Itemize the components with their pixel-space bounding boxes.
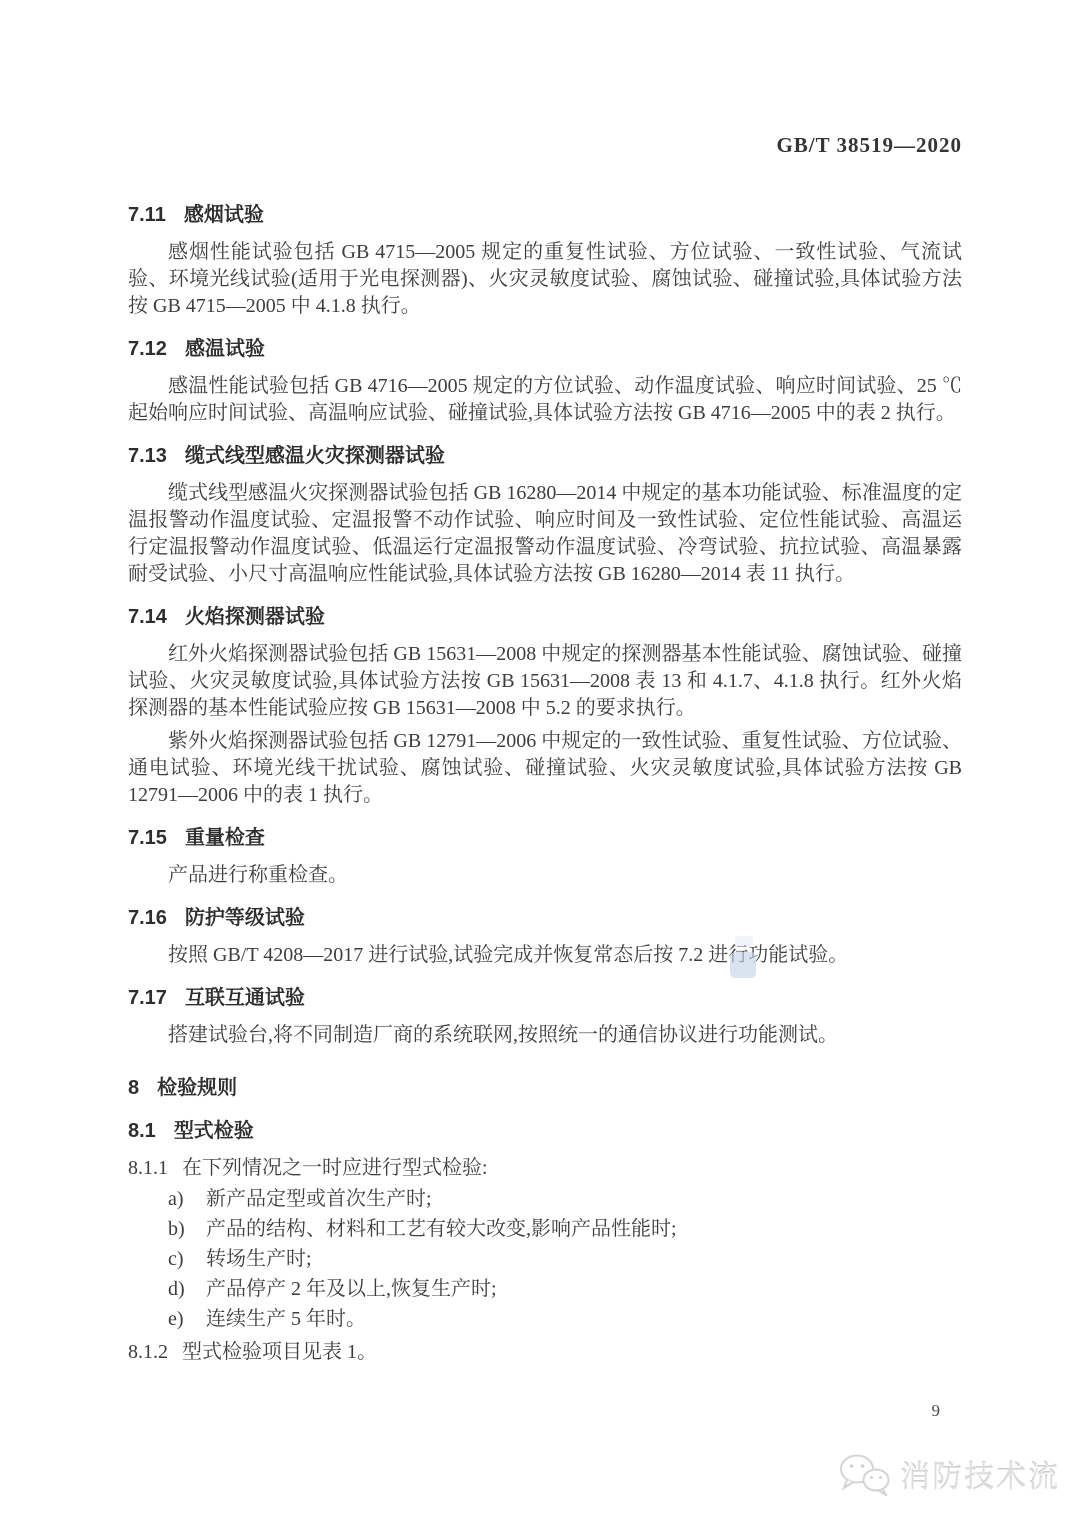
clause-number: 8.1.1 — [128, 1157, 168, 1179]
clause-heading: 7.15重量检查 — [128, 825, 962, 852]
body-paragraph: 按照 GB/T 4208—2017 进行试验,试验完成并恢复常态后按 7.2 进… — [128, 942, 962, 969]
section-number: 7.12 — [128, 338, 167, 360]
section-title: 防护等级试验 — [185, 907, 305, 929]
numbered-paragraph: 8.1.1在下列情况之一时应进行型式检验: — [128, 1155, 962, 1182]
clause-text: 型式检验项目见表 1。 — [182, 1341, 377, 1363]
list-item-text: 连续生产 5 年时。 — [206, 1308, 366, 1330]
list-item: e)连续生产 5 年时。 — [128, 1306, 962, 1333]
numbered-paragraph: 8.1.2型式检验项目见表 1。 — [128, 1339, 962, 1366]
clause-heading: 7.11感烟试验 — [128, 202, 962, 229]
section-title: 火焰探测器试验 — [185, 606, 325, 628]
document-content: 7.11感烟试验感烟性能试验包括 GB 4715—2005 规定的重复性试验、方… — [128, 186, 962, 1370]
clause-heading: 7.12感温试验 — [128, 336, 962, 363]
clause-heading: 7.14火焰探测器试验 — [128, 604, 962, 631]
body-paragraph: 感温性能试验包括 GB 4716—2005 规定的方位试验、动作温度试验、响应时… — [128, 373, 962, 427]
section-number: 8 — [128, 1077, 139, 1099]
clause-heading: 7.13缆式线型感温火灾探测器试验 — [128, 443, 962, 470]
list-item-label: a) — [168, 1186, 206, 1213]
wechat-icon — [838, 1452, 892, 1496]
list-item-label: c) — [168, 1246, 206, 1273]
section-title: 型式检验 — [174, 1120, 254, 1142]
section-number: 7.13 — [128, 445, 167, 467]
list-item-label: b) — [168, 1216, 206, 1243]
list-item-text: 转场生产时; — [206, 1248, 312, 1270]
body-paragraph: 红外火焰探测器试验包括 GB 15631—2008 中规定的探测器基本性能试验、… — [128, 641, 962, 722]
section-number: 7.11 — [128, 204, 166, 226]
clause-heading: 7.17互联互通试验 — [128, 985, 962, 1012]
list-item-label: e) — [168, 1306, 206, 1333]
list-item-text: 产品停产 2 年及以上,恢复生产时; — [206, 1278, 497, 1300]
brand-watermark-label: 消防技术流 — [900, 1452, 1060, 1496]
section-title: 感烟试验 — [184, 204, 264, 226]
section-title: 缆式线型感温火灾探测器试验 — [185, 445, 445, 467]
body-paragraph: 搭建试验台,将不同制造厂商的系统联网,按照统一的通信协议进行功能测试。 — [128, 1022, 962, 1049]
body-paragraph: 感烟性能试验包括 GB 4715—2005 规定的重复性试验、方位试验、一致性试… — [128, 239, 962, 320]
scan-blue-smudge — [730, 952, 756, 978]
clause-heading: 7.16防护等级试验 — [128, 905, 962, 932]
list-item-text: 产品的结构、材料和工艺有较大改变,影响产品性能时; — [206, 1218, 677, 1240]
chapter-heading: 8检验规则 — [128, 1075, 962, 1102]
section-title: 感温试验 — [185, 338, 265, 360]
page-number: 9 — [932, 1401, 941, 1421]
standard-number-header: GB/T 38519—2020 — [776, 133, 962, 158]
brand-watermark: 消防技术流 — [838, 1452, 1060, 1496]
section-title: 互联互通试验 — [185, 987, 305, 1009]
clause-heading: 8.1型式检验 — [128, 1118, 962, 1145]
list-item: b)产品的结构、材料和工艺有较大改变,影响产品性能时; — [128, 1216, 962, 1243]
body-paragraph: 缆式线型感温火灾探测器试验包括 GB 16280—2014 中规定的基本功能试验… — [128, 480, 962, 588]
section-number: 8.1 — [128, 1120, 156, 1142]
list-item-label: d) — [168, 1276, 206, 1303]
document-page: GB/T 38519—2020 7.11感烟试验感烟性能试验包括 GB 4715… — [0, 0, 1080, 1527]
section-title: 检验规则 — [157, 1077, 237, 1099]
section-title: 重量检查 — [185, 827, 265, 849]
list-item: c)转场生产时; — [128, 1246, 962, 1273]
section-number: 7.16 — [128, 907, 167, 929]
list-item-text: 新产品定型或首次生产时; — [206, 1188, 432, 1210]
body-paragraph: 紫外火焰探测器试验包括 GB 12791—2006 中规定的一致性试验、重复性试… — [128, 728, 962, 809]
body-paragraph: 产品进行称重检查。 — [128, 862, 962, 889]
list-item: a)新产品定型或首次生产时; — [128, 1186, 962, 1213]
clause-text: 在下列情况之一时应进行型式检验: — [182, 1157, 488, 1179]
section-number: 7.17 — [128, 987, 167, 1009]
list-item: d)产品停产 2 年及以上,恢复生产时; — [128, 1276, 962, 1303]
section-number: 7.15 — [128, 827, 167, 849]
section-number: 7.14 — [128, 606, 167, 628]
clause-number: 8.1.2 — [128, 1341, 168, 1363]
scan-blue-smudge-faint — [735, 936, 753, 947]
